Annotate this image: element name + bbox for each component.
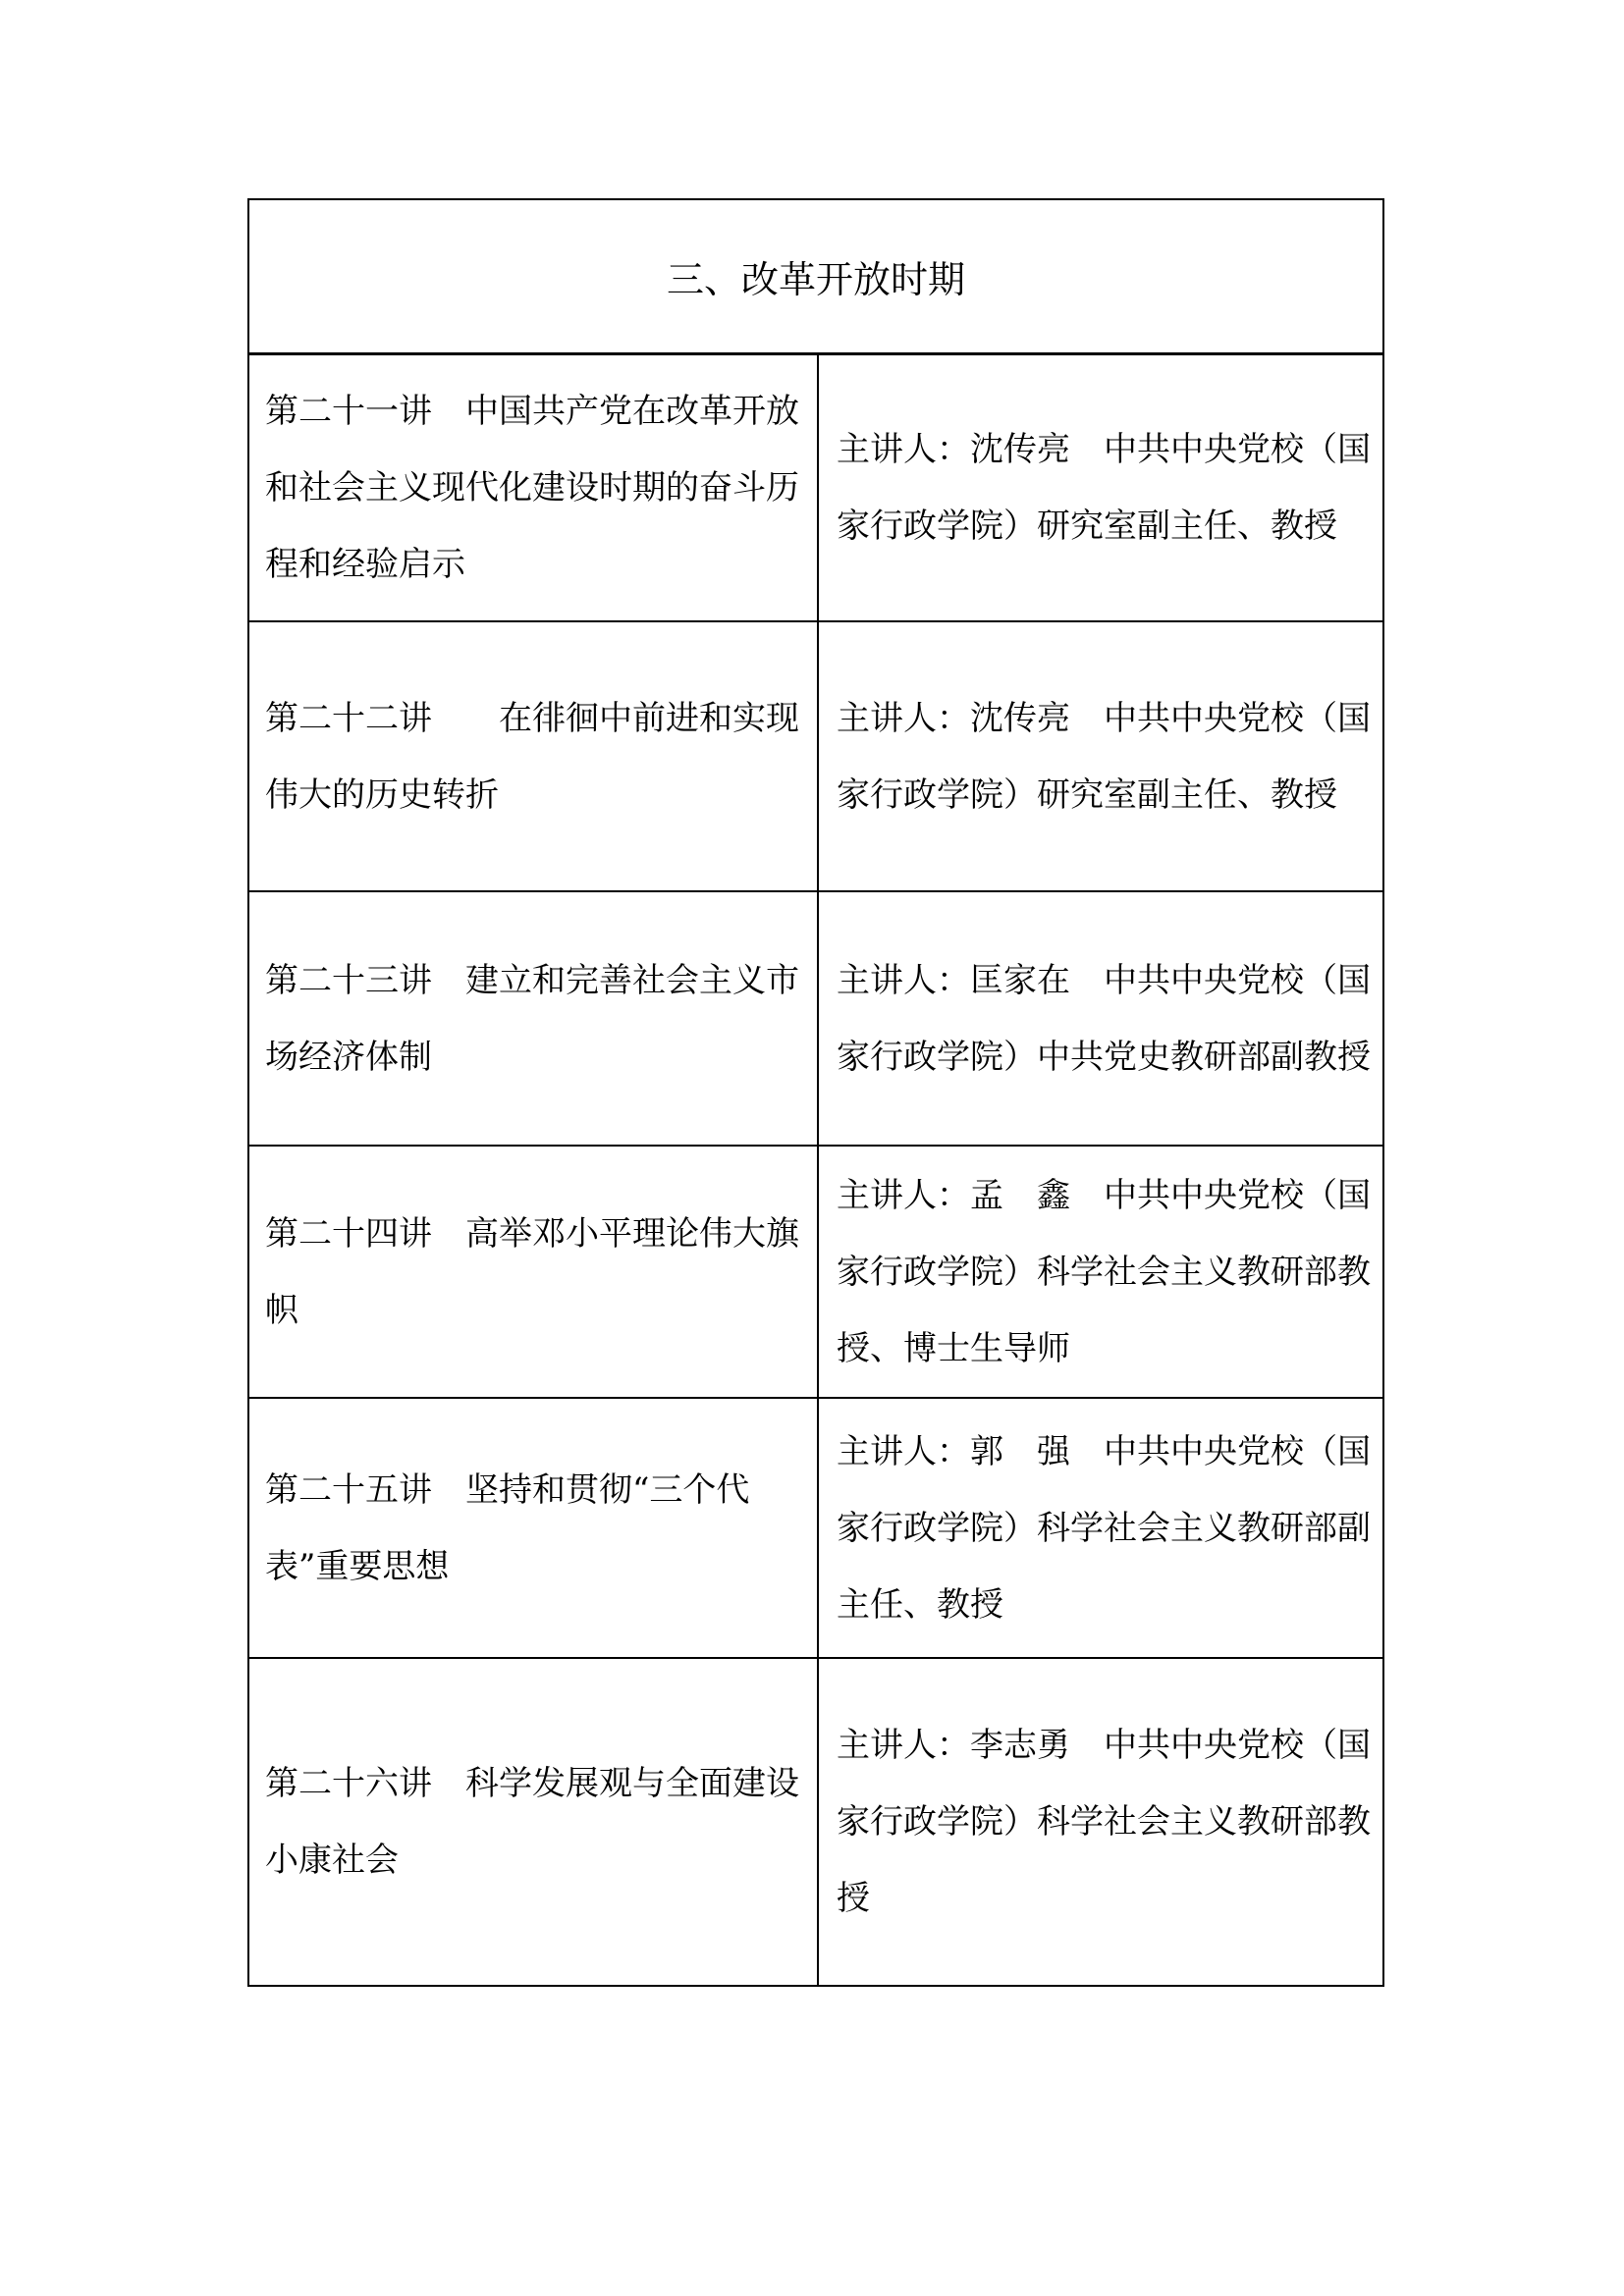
speaker-cell: 主讲人：孟 鑫 中共中央党校（国家行政学院）科学社会主义教研部教授、博士生导师 bbox=[819, 1147, 1382, 1397]
lecture-title: 第二十六讲 科学发展观与全面建设小康社会 bbox=[265, 1745, 803, 1898]
lecture-title-cell: 第二十三讲 建立和完善社会主义市场经济体制 bbox=[249, 892, 819, 1145]
speaker-info: 主讲人：匡家在 中共中央党校（国家行政学院）中共党史教研部副教授 bbox=[837, 942, 1373, 1095]
speaker-cell: 主讲人：沈传亮 中共中央党校（国家行政学院）研究室副主任、教授 bbox=[819, 622, 1382, 890]
table-row: 第二十一讲 中国共产党在改革开放和社会主义现代化建设时期的奋斗历程和经验启示主讲… bbox=[249, 355, 1382, 622]
lecture-table: 三、改革开放时期 第二十一讲 中国共产党在改革开放和社会主义现代化建设时期的奋斗… bbox=[247, 198, 1384, 1987]
speaker-cell: 主讲人：李志勇 中共中央党校（国家行政学院）科学社会主义教研部教授 bbox=[819, 1659, 1382, 1985]
lecture-title: 第二十三讲 建立和完善社会主义市场经济体制 bbox=[265, 942, 803, 1095]
lecture-title: 第二十五讲 坚持和贯彻“三个代表”重要思想 bbox=[265, 1452, 803, 1605]
speaker-info: 主讲人：孟 鑫 中共中央党校（国家行政学院）科学社会主义教研部教授、博士生导师 bbox=[837, 1157, 1373, 1387]
lecture-title-cell: 第二十四讲 高举邓小平理论伟大旗帜 bbox=[249, 1147, 819, 1397]
table-row: 第二十六讲 科学发展观与全面建设小康社会主讲人：李志勇 中共中央党校（国家行政学… bbox=[249, 1659, 1382, 1985]
speaker-info: 主讲人：郭 强 中共中央党校（国家行政学院）科学社会主义教研部副主任、教授 bbox=[837, 1414, 1373, 1643]
table-row: 第二十二讲 在徘徊中前进和实现伟大的历史转折主讲人：沈传亮 中共中央党校（国家行… bbox=[249, 622, 1382, 892]
lecture-title: 第二十一讲 中国共产党在改革开放和社会主义现代化建设时期的奋斗历程和经验启示 bbox=[265, 373, 803, 603]
table-row: 第二十五讲 坚持和贯彻“三个代表”重要思想主讲人：郭 强 中共中央党校（国家行政… bbox=[249, 1399, 1382, 1659]
speaker-cell: 主讲人：匡家在 中共中央党校（国家行政学院）中共党史教研部副教授 bbox=[819, 892, 1382, 1145]
lecture-title: 第二十四讲 高举邓小平理论伟大旗帜 bbox=[265, 1196, 803, 1349]
table-row: 第二十四讲 高举邓小平理论伟大旗帜主讲人：孟 鑫 中共中央党校（国家行政学院）科… bbox=[249, 1147, 1382, 1399]
lecture-title-cell: 第二十六讲 科学发展观与全面建设小康社会 bbox=[249, 1659, 819, 1985]
lecture-title-cell: 第二十二讲 在徘徊中前进和实现伟大的历史转折 bbox=[249, 622, 819, 890]
section-title: 三、改革开放时期 bbox=[249, 200, 1382, 355]
lecture-title-cell: 第二十五讲 坚持和贯彻“三个代表”重要思想 bbox=[249, 1399, 819, 1657]
speaker-info: 主讲人：李志勇 中共中央党校（国家行政学院）科学社会主义教研部教授 bbox=[837, 1707, 1373, 1937]
lecture-title: 第二十二讲 在徘徊中前进和实现伟大的历史转折 bbox=[265, 680, 803, 833]
table-row: 第二十三讲 建立和完善社会主义市场经济体制主讲人：匡家在 中共中央党校（国家行政… bbox=[249, 892, 1382, 1147]
speaker-cell: 主讲人：沈传亮 中共中央党校（国家行政学院）研究室副主任、教授 bbox=[819, 355, 1382, 620]
speaker-info: 主讲人：沈传亮 中共中央党校（国家行政学院）研究室副主任、教授 bbox=[837, 411, 1373, 564]
speaker-info: 主讲人：沈传亮 中共中央党校（国家行政学院）研究室副主任、教授 bbox=[837, 680, 1373, 833]
speaker-cell: 主讲人：郭 强 中共中央党校（国家行政学院）科学社会主义教研部副主任、教授 bbox=[819, 1399, 1382, 1657]
lecture-title-cell: 第二十一讲 中国共产党在改革开放和社会主义现代化建设时期的奋斗历程和经验启示 bbox=[249, 355, 819, 620]
